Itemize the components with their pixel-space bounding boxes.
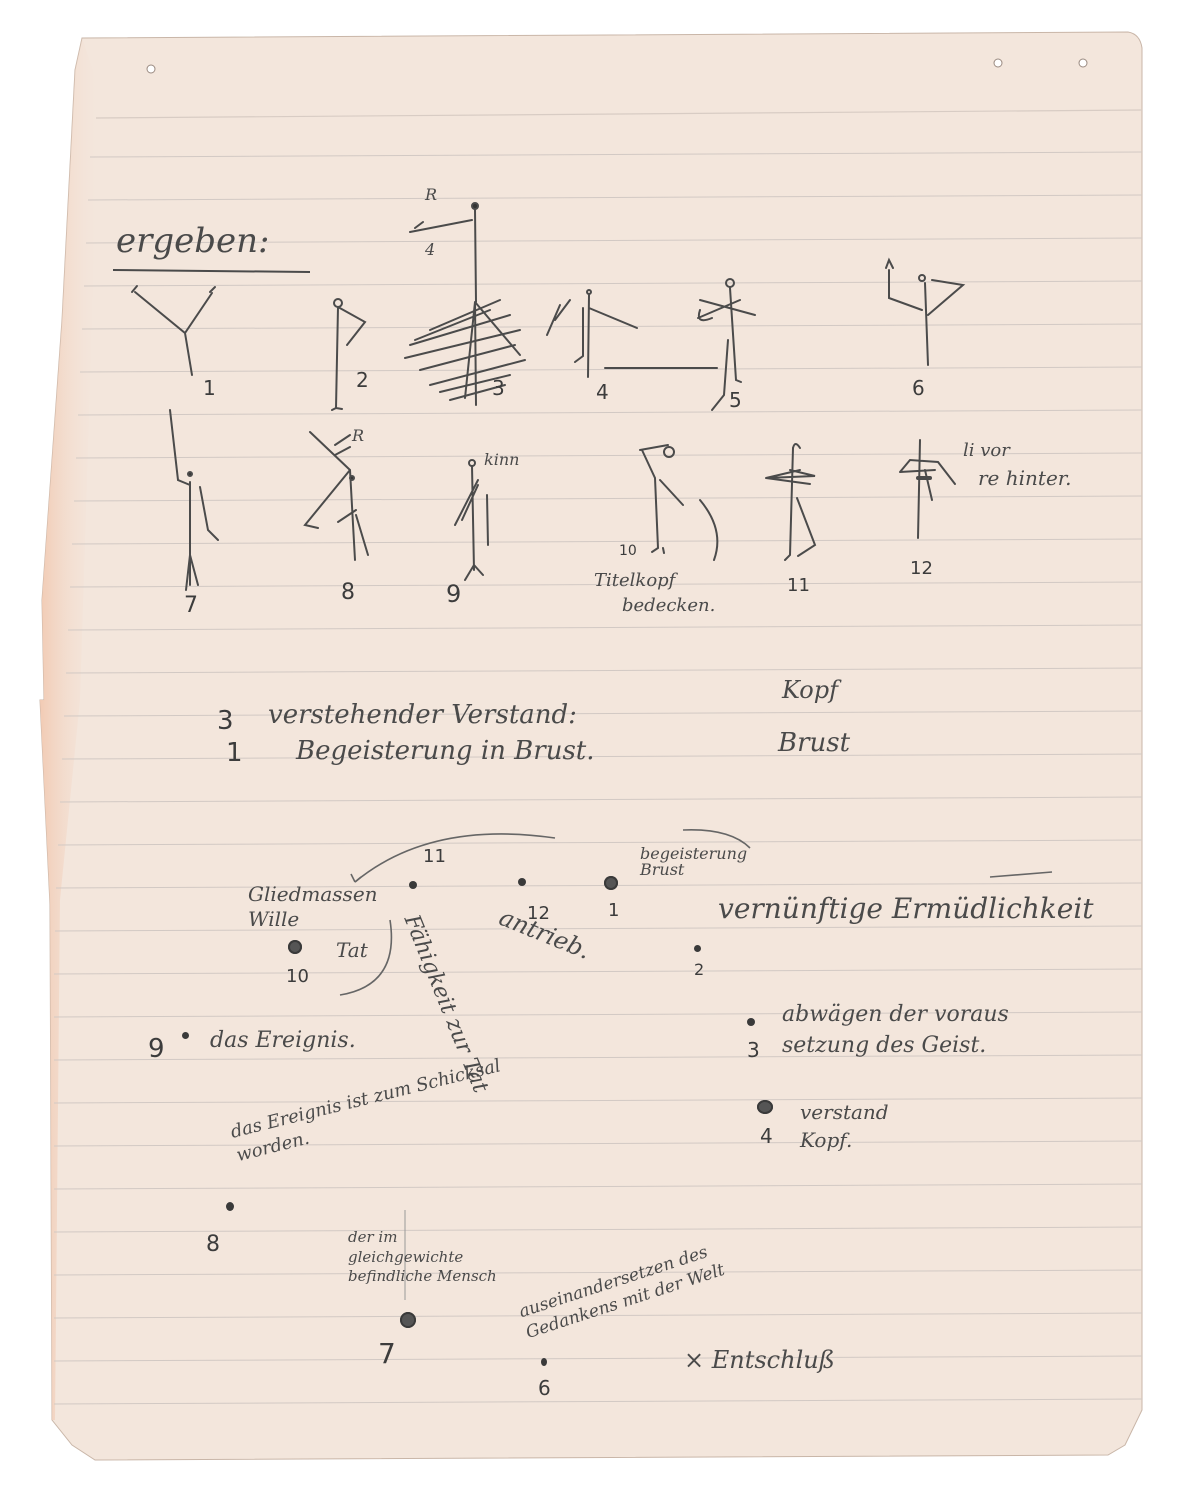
point-3-label: abwägen der voraus setzung des Geist. xyxy=(782,1000,1102,1062)
point-2-number: 2 xyxy=(694,962,704,978)
fig10-annotation-line1: Titelkopf xyxy=(594,572,675,590)
point-1-label: begeisterung Brust xyxy=(640,846,750,878)
figure-label-2: 2 xyxy=(356,370,369,390)
point-2-label: vernünftige Ermüdlichkeit xyxy=(718,895,1094,923)
point-3-number: 3 xyxy=(747,1040,760,1060)
point-4-number: 4 xyxy=(760,1126,773,1146)
middle-line2-number: 1 xyxy=(226,740,243,766)
figure-label-9: 9 xyxy=(446,582,461,606)
point-12 xyxy=(518,878,526,886)
point-7 xyxy=(400,1312,416,1328)
figure-label-7: 7 xyxy=(184,595,198,617)
point-4-label: verstand Kopf. xyxy=(800,1098,890,1154)
fig8-annotation-top: R xyxy=(352,428,364,444)
figure-label-6: 6 xyxy=(912,378,925,398)
point-11-number: 11 xyxy=(423,848,446,866)
figure-label-10: 10 xyxy=(619,544,637,558)
figure-label-12: 12 xyxy=(910,560,933,578)
figure-label-5: 5 xyxy=(729,390,742,410)
point-3 xyxy=(747,1018,755,1026)
middle-line1-number: 3 xyxy=(217,708,234,734)
point-2 xyxy=(694,945,701,952)
point-7-label: der im gleichgewichte befindliche Mensch xyxy=(348,1228,508,1287)
scanned-page: ergeben: R 4 1 2 3 4 5 6 7 R 8 kinn 9 10… xyxy=(0,0,1190,1500)
point-10 xyxy=(288,940,302,954)
figure-label-4: 4 xyxy=(596,382,609,402)
middle-line1-right: Kopf xyxy=(782,678,838,702)
point-6-number: 6 xyxy=(538,1378,551,1398)
point-4 xyxy=(757,1100,773,1114)
fig12-annotation-line1: li vor xyxy=(963,442,1010,460)
point-10-side: Tat xyxy=(336,940,368,960)
point-9-number: 9 xyxy=(148,1036,165,1062)
figure-label-3: 3 xyxy=(492,378,505,398)
fig3-annotation-side: 4 xyxy=(425,242,435,258)
fig9-annotation: kinn xyxy=(484,452,519,468)
point-10-label: Gliedmassen Wille xyxy=(248,882,408,932)
point-6 xyxy=(541,1358,547,1366)
heading-ergeben: ergeben: xyxy=(116,224,270,258)
figure-label-8: 8 xyxy=(341,582,355,604)
middle-line1-text: verstehender Verstand: xyxy=(268,702,577,728)
point-11 xyxy=(409,881,417,889)
point-1 xyxy=(604,876,618,890)
fig12-annotation-line2: re hinter. xyxy=(978,468,1072,488)
point-10-number: 10 xyxy=(286,968,309,986)
middle-line2-text: Begeisterung in Brust. xyxy=(296,738,595,764)
point-8 xyxy=(226,1202,234,1211)
fig3-annotation-top: R xyxy=(425,187,437,203)
figure-label-11: 11 xyxy=(787,577,810,595)
point-1-number: 1 xyxy=(608,902,619,920)
point-9-label: das Ereignis. xyxy=(210,1030,356,1052)
fig10-annotation-line2: bedecken. xyxy=(622,597,715,615)
figure-label-1: 1 xyxy=(203,378,216,398)
middle-line2-right: Brust xyxy=(778,730,850,756)
point-8-number: 8 xyxy=(206,1234,220,1256)
point-7-number: 7 xyxy=(378,1340,396,1368)
x-note-entschluss: × Entschluß xyxy=(684,1348,835,1372)
point-9 xyxy=(182,1032,189,1039)
